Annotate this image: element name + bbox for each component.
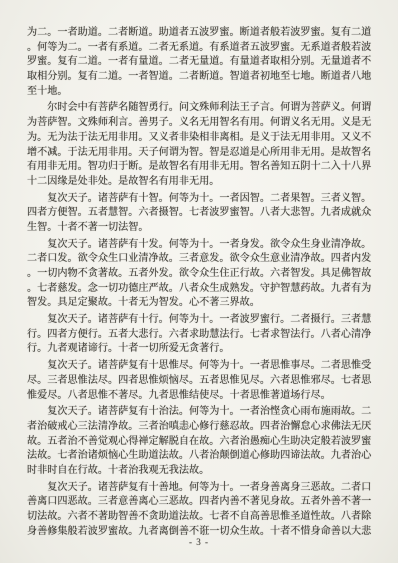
sutra-text-body: 为二。一者助道。二者断道。助道者五波罗蜜。断道者般若波罗蜜。复有二道 。何等为二… <box>27 26 375 539</box>
text-line: 复次天子。诸菩萨复有十治法。何等为十。一者治悭贪心雨布施雨故。二 <box>27 405 375 420</box>
text-line: 者治破戒心三法清净故。三者治嗔恚心修行慈忍故。四者治懈怠心求佛法无厌 <box>27 420 375 435</box>
text-line: 惟爱尽。八者思惟不著尽。九者思惟结使尽。十者思惟著道场行尽。 <box>27 389 375 404</box>
page-number: - 3 - <box>0 536 398 548</box>
text-line: 尽。三者思惟法尽。四者思惟烦恼尽。五者思惟见尽。六者思惟邪尽。七者思 <box>27 374 375 389</box>
paragraph: 复次天子。诸菩萨有十智。何等为十。一者因智。二者果智。三者义智。 四者方便智。五… <box>27 192 375 236</box>
text-line: 故。五者治不善觉观心得禅定解脱自在故。六者治愚痴心生助决定般若波罗蜜 <box>27 435 375 450</box>
text-line: 复次天子。诸菩萨复有十思惟尽。何等为十。一者思惟事尽。二者思惟受 <box>27 359 375 374</box>
text-line: 尔时会中有菩萨名随智勇行。问文殊师利法王子言。何谓为菩萨义。何谓 <box>27 101 375 116</box>
text-line: 行。九者观诸谛行。十者一切所爱无贪著行。 <box>27 342 375 357</box>
paragraph: 复次天子。诸菩萨复有十治法。何等为十。一者治悭贪心雨布施雨故。二 者治破戒心三法… <box>27 405 375 478</box>
text-line: 智发。具足定聚故。十者无为智发。心不著三界故。 <box>27 296 375 311</box>
text-line: 取相分别。复有二道。一者智道。二者断道。智道者初地至七地。断道者八地 <box>27 70 375 85</box>
text-line: 。七者慈发。念一切功德庄严故。八者众生成熟发。守护智慧药故。九者有为 <box>27 282 375 297</box>
text-line: 复次天子。诸菩萨有十行。何等为十。一者波罗蜜行。二者摄行。三者慧 <box>27 313 375 328</box>
text-line: 四者方便智。五者慧智。六者摄智。七者波罗蜜智。八者大悲智。九者成就众 <box>27 206 375 221</box>
text-line: 。一切内物不贪著故。五者外发。欲令众生住正行故。六者智发。具足佛智故 <box>27 267 375 282</box>
paragraph: 复次天子。诸菩萨复有十思惟尽。何等为十。一者思惟事尽。二者思惟受 尽。三者思惟法… <box>27 359 375 403</box>
text-line: 十二因缘是处非处。是故智名有用非无用。 <box>27 175 375 190</box>
document-page: 为二。一者助道。二者断道。助道者五波罗蜜。断道者般若波罗蜜。复有二道 。何等为二… <box>0 0 398 563</box>
text-line: 复次天子。诸菩萨有十智。何等为十。一者因智。二者果智。三者义智。 <box>27 192 375 207</box>
text-line: 时非时自在行故。十者治我观无我法故。 <box>27 464 375 479</box>
text-line: 复次天子。诸菩萨复有十善地。何等为十。一者身善离身三恶故。二者口 <box>27 481 375 496</box>
text-line: 为菩萨智。文殊师利言。善男子。义名无用智名有用。何谓义名无用。义是无 <box>27 116 375 131</box>
paragraph: 复次天子。诸菩萨有十发。何等为十。一者身发。欲令众生身业清净故。 二者口发。欲令… <box>27 238 375 311</box>
text-line: 二者口发。欲令众生口业清净故。三者意发。欲令众生意业清净故。四者内发 <box>27 252 375 267</box>
paragraph: 尔时会中有菩萨名随智勇行。问文殊师利法王子言。何谓为菩萨义。何谓 为菩萨智。文殊… <box>27 101 375 189</box>
text-line: 为二。一者助道。二者断道。助道者五波罗蜜。断道者般若波罗蜜。复有二道 <box>27 26 375 41</box>
text-line: 为。无为法于法无用非用。又义者非染相非离相。是义于法无用非用。又义不 <box>27 131 375 146</box>
text-line: 复次天子。诸菩萨有十发。何等为十。一者身发。欲令众生身业清净故。 <box>27 238 375 253</box>
text-line: 罗蜜。复有二道。一者有量道。二者无量道。有量道者取相分别。无量道者不 <box>27 55 375 70</box>
text-line: 切法故。六者不著助智善不贪助道法故。七者不自高善思惟圣道性故。八者除 <box>27 510 375 525</box>
text-line: 至十地。 <box>27 85 375 100</box>
text-line: 。何等为二。一者有系道。二者无系道。有系道者五波罗蜜。无系道者般若波 <box>27 41 375 56</box>
text-line: 行。四者方便行。五者大悲行。六者求助慧法行。七者求智法行。八者心清净 <box>27 328 375 343</box>
paragraph: 复次天子。诸菩萨有十行。何等为十。一者波罗蜜行。二者摄行。三者慧 行。四者方便行… <box>27 313 375 357</box>
text-line: 生智。十者不著一切法智。 <box>27 221 375 236</box>
text-line: 法故。七者治诸烦恼心生助道法故。八者治颠倒道心修助四谛法故。九者治心 <box>27 449 375 464</box>
text-line: 增不减。于法无用非用。天子何谓为智。智是忍道是心所用非无用。是故智名 <box>27 146 375 161</box>
text-line: 有用非无用。智功归于断。是故智名有用非无用。智名善知五阴十二入十八界 <box>27 160 375 175</box>
paragraph: 为二。一者助道。二者断道。助道者五波罗蜜。断道者般若波罗蜜。复有二道 。何等为二… <box>27 26 375 99</box>
paragraph: 复次天子。诸菩萨复有十善地。何等为十。一者身善离身三恶故。二者口 善离口四恶故。… <box>27 481 375 540</box>
text-line: 善离口四恶故。三者意善离心三恶故。四者内善不著见身故。五者外善不著一 <box>27 495 375 510</box>
